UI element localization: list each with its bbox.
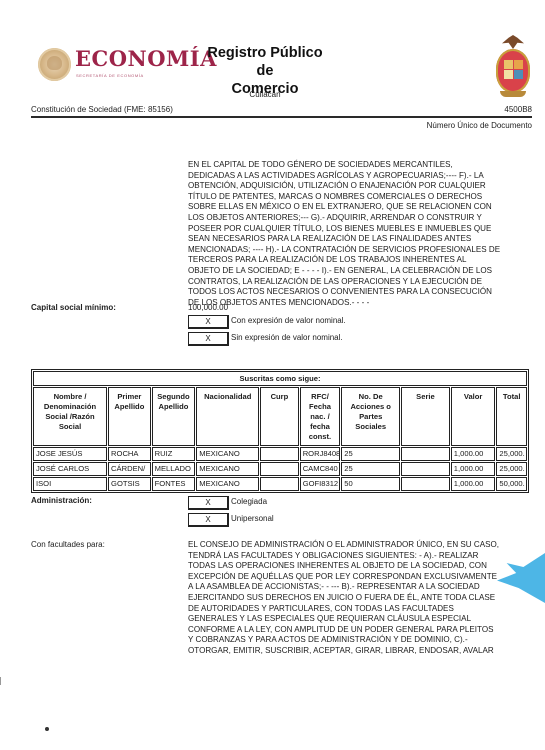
nominal-value-without-label: Sin expresión de valor nominal. (231, 333, 343, 342)
sole-administrator-label: Unipersonal (231, 514, 274, 523)
table-cell: RORJ8408 (300, 447, 341, 461)
table-cell: ROCHA (108, 447, 151, 461)
corporate-purpose-text: EN EL CAPITAL DE TODO GÉNERO DE SOCIEDAD… (188, 160, 533, 308)
header-divider (31, 116, 532, 118)
nominal-value-without-checkbox[interactable]: X (188, 332, 229, 346)
document-number: 4500B8 (504, 105, 532, 114)
column-header: Total (496, 387, 527, 446)
registry-title-line1: Registro Público de (200, 44, 330, 80)
table-cell: 25,000. (496, 447, 527, 461)
text-line: TERCEROS PARA LA REALIZACIÓN DE LOS TRAB… (188, 255, 533, 266)
economia-logo-subtitle: SECRETARÍA DE ECONOMÍA (76, 73, 144, 78)
text-line: TÍTULO DE PATENTES, MARCAS O NOMBRES COM… (188, 192, 533, 203)
economia-logo-text: ECONOMÍA (75, 46, 217, 71)
table-cell: 25,000. (496, 462, 527, 476)
table-cell: 50,000. (496, 477, 527, 491)
text-line: EJERCITANDO SUS DERECHOS EN JUICIO O FUE… (188, 593, 533, 604)
text-line: Y COBRANZAS Y PARA ACTOS DE ADMINISTRACI… (188, 635, 533, 646)
column-header: RFC/ Fecha nac. / fecha const. (300, 387, 341, 446)
text-line: EL CONSEJO DE ADMINISTRACIÓN O EL ADMINI… (188, 540, 533, 551)
scan-speck (45, 727, 49, 731)
table-cell: ISOI (33, 477, 107, 491)
table-cell: MELLADO (152, 462, 196, 476)
table-cell: GOTSIS (108, 477, 151, 491)
text-line: OBTENCIÓN, ADQUISICIÓN, UTILIZACIÓN O EN… (188, 181, 533, 192)
text-line: OTORGAR, EMITIR, SUSCRIBIR, ACEPTAR, GIR… (188, 646, 533, 657)
table-row: JOSE JESÚSROCHARUIZMEXICANORORJ8408251,0… (33, 447, 527, 461)
text-line: EN EL CAPITAL DE TODO GÉNERO DE SOCIEDAD… (188, 160, 533, 171)
column-header: Valor (451, 387, 496, 446)
powers-label: Con facultades para: (31, 540, 105, 549)
table-cell: 25 (341, 462, 400, 476)
text-line: OBJETO DE LA SOCIEDAD; E - - - - I).- EN… (188, 266, 533, 277)
registry-city: Culiacán (200, 90, 330, 99)
column-header: Serie (401, 387, 450, 446)
text-line: CONFORME A LA LEY, CON AMPLITUD DE UN PO… (188, 625, 533, 636)
table-cell: MEXICANO (196, 447, 259, 461)
column-header: No. De Acciones o Partes Sociales (341, 387, 400, 446)
table-row: JOSÉ CARLOSCÁRDEN/MELLADOMEXICANOCAMC840… (33, 462, 527, 476)
sole-administrator-checkbox[interactable]: X (188, 513, 229, 527)
table-cell: MEXICANO (196, 462, 259, 476)
table-cell (401, 462, 450, 476)
capital-label: Capital social mínimo: (31, 303, 116, 312)
table-row: ISOIGOTSISFONTESMEXICANOGOFI8312501,000.… (33, 477, 527, 491)
table-cell: 1,000.00 (451, 462, 496, 476)
table-cell: CÁRDEN/ (108, 462, 151, 476)
table-cell: RUIZ (152, 447, 196, 461)
nominal-value-with-checkbox[interactable]: X (188, 315, 229, 329)
text-line: CONTRATOS, LA REALIZACIÓN DE LAS OPERACI… (188, 277, 533, 288)
text-line: SEAN NECESARIOS PARA LA REALIZACIÓN DE L… (188, 234, 533, 245)
table-cell: JOSE JESÚS (33, 447, 107, 461)
sinaloa-state-crest-icon (494, 35, 532, 101)
column-header: Primer Apellido (108, 387, 151, 446)
administration-label: Administración: (31, 496, 92, 505)
table-caption: Suscritas como sigue: (33, 371, 527, 386)
column-header: Curp (260, 387, 299, 446)
text-line: TODOS LOS ACTOS NECESARIOS O CONVENIENTE… (188, 287, 533, 298)
table-cell: FONTES (152, 477, 196, 491)
text-line: DE LOS OBJETOS ANTES MENCIONADOS.- - - - (188, 298, 533, 309)
text-line: DEDICADAS A LAS ACTIVIDADES AGRÍCOLAS Y … (188, 171, 533, 182)
text-line: TENDRÁ LAS FACULTADES Y OBLIGACIONES SIG… (188, 551, 533, 562)
table-cell: GOFI8312 (300, 477, 341, 491)
scan-edge-mark (0, 677, 1, 685)
mexico-coat-of-arms-seal-icon (38, 48, 71, 81)
table-header-row: Nombre / Denominación Social /Razón Soci… (33, 387, 527, 446)
table-cell: 25 (341, 447, 400, 461)
column-header: Nacionalidad (196, 387, 259, 446)
table-cell: 50 (341, 477, 400, 491)
text-line: EXCEPCIÓN DE AQUÉLLAS QUE POR LEY CORRES… (188, 572, 533, 583)
document-number-label: Número Único de Documento (427, 121, 532, 130)
table-cell (260, 477, 299, 491)
table-cell (260, 447, 299, 461)
table-cell: 1,000.00 (451, 477, 496, 491)
capital-value: 100,000.00 (188, 303, 228, 312)
collegiate-label: Colegiada (231, 497, 267, 506)
table-cell: MEXICANO (196, 477, 259, 491)
text-line: A LA ASAMBLEA DE ACCIONISTAS;- - --- B).… (188, 582, 533, 593)
text-line: LOS OBJETOS ANTERIORES;--- G).- ADQUIRIR… (188, 213, 533, 224)
nominal-value-with-label: Con expresión de valor nominal. (231, 316, 346, 325)
table-cell (401, 447, 450, 461)
text-line: DE AUTORIDADES Y PARTICULARES, CON TODAS… (188, 604, 533, 615)
table-cell: CAMC840 (300, 462, 341, 476)
powers-text: EL CONSEJO DE ADMINISTRACIÓN O EL ADMINI… (188, 540, 533, 657)
text-line: GENERALES Y LAS ESPECIALES QUE REQUIERAN… (188, 614, 533, 625)
table-cell (260, 462, 299, 476)
text-line: SOBRE ELLAS EN MÉXICO O EN EL EXTRANJERO… (188, 202, 533, 213)
document-type: Constitución de Sociedad (FME: 85156) (31, 105, 173, 114)
collegiate-checkbox[interactable]: X (188, 496, 229, 510)
column-header: Segundo Apellido (152, 387, 196, 446)
table-cell (401, 477, 450, 491)
text-line: TODAS LAS OPERACIONES INHERENTES AL OBJE… (188, 561, 533, 572)
table-cell: 1,000.00 (451, 447, 496, 461)
shareholders-table: Suscritas como sigue: Nombre / Denominac… (31, 369, 529, 493)
text-line: MENCIONADAS; ---- H).- LA CONTRATACIÓN D… (188, 245, 533, 256)
table-cell: JOSÉ CARLOS (33, 462, 107, 476)
text-line: POSEER POR CUALQUIER TÍTULO, LOS BIENES … (188, 224, 533, 235)
column-header: Nombre / Denominación Social /Razón Soci… (33, 387, 107, 446)
